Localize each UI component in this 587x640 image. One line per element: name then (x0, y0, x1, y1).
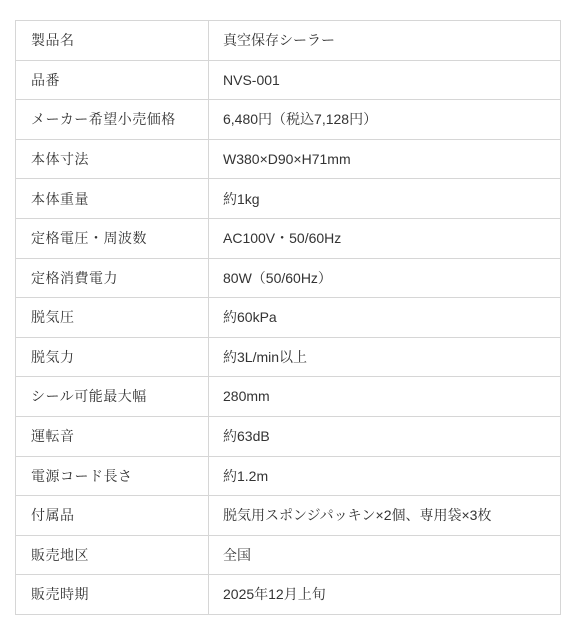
product-spec-table: 製品名真空保存シーラー品番NVS-001メーカー希望小売価格6,480円（税込7… (15, 20, 561, 615)
table-row: 定格消費電力80W（50/60Hz） (16, 258, 561, 298)
spec-label: 本体寸法 (16, 139, 209, 179)
table-row: シール可能最大幅280mm (16, 377, 561, 417)
spec-value: 約1kg (209, 179, 561, 219)
table-row: 脱気力約3L/min以上 (16, 337, 561, 377)
spec-value: 約63dB (209, 416, 561, 456)
spec-label: 定格電圧・周波数 (16, 218, 209, 258)
spec-value: 真空保存シーラー (209, 21, 561, 61)
spec-value: 6,480円（税込7,128円） (209, 100, 561, 140)
spec-value: 約1.2m (209, 456, 561, 496)
spec-value: NVS-001 (209, 60, 561, 100)
table-row: 販売地区全国 (16, 535, 561, 575)
spec-label: 品番 (16, 60, 209, 100)
spec-label: 電源コード長さ (16, 456, 209, 496)
table-row: 脱気圧約60kPa (16, 298, 561, 338)
spec-label: 本体重量 (16, 179, 209, 219)
table-row: 本体重量約1kg (16, 179, 561, 219)
spec-label: 運転音 (16, 416, 209, 456)
spec-label: 販売地区 (16, 535, 209, 575)
spec-label: メーカー希望小売価格 (16, 100, 209, 140)
spec-label: 付属品 (16, 496, 209, 536)
spec-label: 販売時期 (16, 575, 209, 615)
spec-value: 約60kPa (209, 298, 561, 338)
table-row: 販売時期2025年12月上旬 (16, 575, 561, 615)
spec-label: 製品名 (16, 21, 209, 61)
spec-value: W380×D90×H71mm (209, 139, 561, 179)
table-row: 定格電圧・周波数AC100V・50/60Hz (16, 218, 561, 258)
spec-table-body: 製品名真空保存シーラー品番NVS-001メーカー希望小売価格6,480円（税込7… (16, 21, 561, 615)
spec-sheet-page: 製品名真空保存シーラー品番NVS-001メーカー希望小売価格6,480円（税込7… (0, 0, 587, 640)
spec-value: 全国 (209, 535, 561, 575)
spec-value: AC100V・50/60Hz (209, 218, 561, 258)
spec-label: 定格消費電力 (16, 258, 209, 298)
spec-label: シール可能最大幅 (16, 377, 209, 417)
table-row: 電源コード長さ約1.2m (16, 456, 561, 496)
table-row: 運転音約63dB (16, 416, 561, 456)
spec-value: 280mm (209, 377, 561, 417)
spec-value: 脱気用スポンジパッキン×2個、専用袋×3枚 (209, 496, 561, 536)
spec-label: 脱気力 (16, 337, 209, 377)
spec-value: 80W（50/60Hz） (209, 258, 561, 298)
table-row: メーカー希望小売価格6,480円（税込7,128円） (16, 100, 561, 140)
table-row: 品番NVS-001 (16, 60, 561, 100)
spec-label: 脱気圧 (16, 298, 209, 338)
spec-value: 2025年12月上旬 (209, 575, 561, 615)
spec-value: 約3L/min以上 (209, 337, 561, 377)
table-row: 付属品脱気用スポンジパッキン×2個、専用袋×3枚 (16, 496, 561, 536)
table-row: 製品名真空保存シーラー (16, 21, 561, 61)
table-row: 本体寸法W380×D90×H71mm (16, 139, 561, 179)
